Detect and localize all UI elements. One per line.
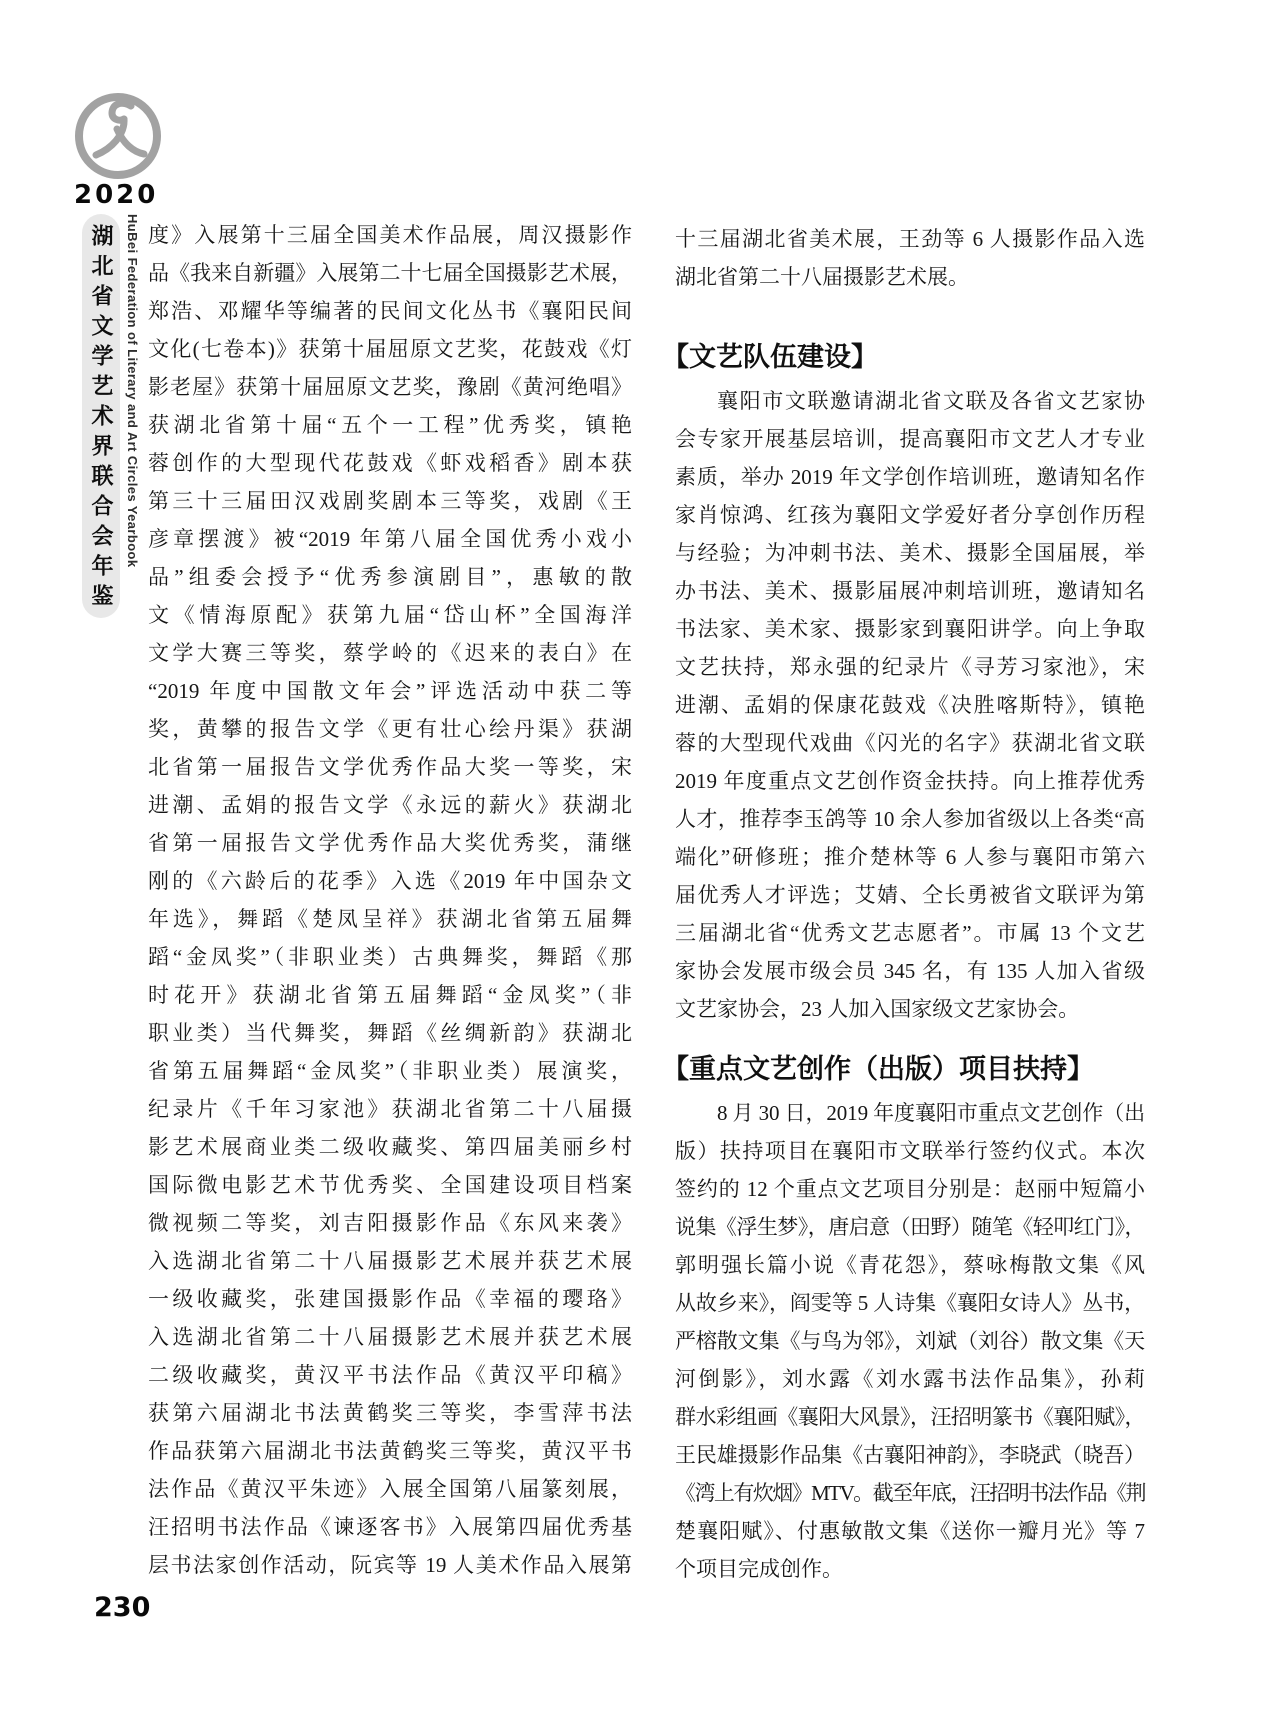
text-line: 文艺扶持，郑永强的纪录片《寻芳习家池》，宋 [675, 648, 1145, 686]
text-line: 郭明强长篇小说《青花怨》，蔡咏梅散文集《风 [675, 1246, 1145, 1284]
sidebar-title-cn: 湖北省文学艺术界联合会年鉴 [82, 224, 120, 624]
text-line: 影艺术展商业类二级收藏奖、第四届美丽乡村 [148, 1128, 632, 1166]
text-line: 入选湖北省第二十八届摄影艺术展并获艺术展 [148, 1318, 632, 1356]
text-line: 人才，推荐李玉鸽等 10 余人参加省级以上各类“高 [675, 800, 1145, 838]
text-line: 省第一届报告文学优秀作品大奖优秀奖，蒲继 [148, 824, 632, 862]
text-line: 8 月 30 日，2019 年度襄阳市重点文艺创作（出 [675, 1094, 1145, 1132]
text-line: 时花开》获湖北省第五届舞蹈“金凤奖”（非 [148, 976, 632, 1014]
text-line: 素质，举办 2019 年文学创作培训班，邀请知名作 [675, 458, 1145, 496]
text-line: 2019 年度重点文艺创作资金扶持。向上推荐优秀 [675, 762, 1145, 800]
text-line: 湖北省第二十八届摄影艺术展。 [675, 258, 1145, 296]
text-line: 与经验；为冲刺书法、美术、摄影全国届展，举 [675, 534, 1145, 572]
text-line: 河倒影》，刘水露《刘水露书法作品集》，孙莉 [675, 1360, 1145, 1398]
text-line: 说集《浮生梦》，唐启意（田野）随笔《轻叩红门》， [675, 1208, 1145, 1246]
text-line: 十三届湖北省美术展，王劲等 6 人摄影作品入选 [675, 220, 1145, 258]
text-line: 彦章摆渡》被“2019 年第八届全国优秀小戏小 [148, 520, 632, 558]
text-line: 法作品《黄汉平朱迹》入展全国第八届篆刻展， [148, 1470, 632, 1508]
text-line: 蹈“金凤奖”（非职业类）古典舞奖，舞蹈《那 [148, 938, 632, 976]
text-line: 郑浩、邓耀华等编著的民间文化丛书《襄阳民间 [148, 292, 632, 330]
text-line: 度》入展第十三届全国美术作品展，周汉摄影作 [148, 216, 632, 254]
text-line: 书法家、美术家、摄影家到襄阳讲学。向上争取 [675, 610, 1145, 648]
text-line: 文艺家协会，23 人加入国家级文艺家协会。 [675, 990, 1145, 1028]
text-line: 蓉的大型现代戏曲《闪光的名字》获湖北省文联 [675, 724, 1145, 762]
text-line: 家协会发展市级会员 345 名，有 135 人加入省级 [675, 952, 1145, 990]
text-line: 文学大赛三等奖，蔡学岭的《迟来的表白》在 [148, 634, 632, 672]
text-line: 签约的 12 个重点文艺项目分别是：赵丽中短篇小 [675, 1170, 1145, 1208]
text-line: 楚襄阳赋》、付惠敏散文集《送你一瓣月光》等 7 [675, 1512, 1145, 1550]
text-line: 群水彩组画《襄阳大风景》，汪招明篆书《襄阳赋》， [675, 1398, 1145, 1436]
text-line: 一级收藏奖，张建国摄影作品《幸福的璎珞》 [148, 1280, 632, 1318]
text-line: 获湖北省第十届“五个一工程”优秀奖，镇艳 [148, 406, 632, 444]
text-line: 层书法家创作活动，阮宾等 19 人美术作品入展第 [148, 1546, 632, 1584]
text-line: 职业类）当代舞奖，舞蹈《丝绸新韵》获湖北 [148, 1014, 632, 1052]
text-line: 省第五届舞蹈“金凤奖”（非职业类）展演奖， [148, 1052, 632, 1090]
text-line: 个项目完成创作。 [675, 1550, 1145, 1588]
text-line: 汪招明书法作品《谏逐客书》入展第四届优秀基 [148, 1508, 632, 1546]
text-line: 进潮、孟娟的报告文学《永远的薪火》获湖北 [148, 786, 632, 824]
text-line: 微视频二等奖，刘吉阳摄影作品《东风来袭》 [148, 1204, 632, 1242]
text-line: 品《我来自新疆》入展第二十七届全国摄影艺术展， [148, 254, 632, 292]
edition-year: 2020 [74, 180, 158, 210]
text-line: 二级收藏奖，黄汉平书法作品《黄汉平印稿》 [148, 1356, 632, 1394]
section-heading-art-troops: 【文艺队伍建设】 [662, 340, 878, 374]
yearbook-page: 2020 湖北省文学艺术界联合会年鉴 HuBei Federation of L… [0, 0, 1276, 1719]
section1-paragraph: 襄阳市文联邀请湖北省文联及各省文艺家协会专家开展基层培训，提高襄阳市文艺人才专业… [675, 382, 1145, 1028]
text-line: 家肖惊鸿、红孩为襄阳文学爱好者分享创作历程 [675, 496, 1145, 534]
text-line: 文化(七卷本)》获第十届屈原文艺奖，花鼓戏《灯 [148, 330, 632, 368]
text-line: “2019 年度中国散文年会”评选活动中获二等 [148, 672, 632, 710]
text-line: 入选湖北省第二十八届摄影艺术展并获艺术展 [148, 1242, 632, 1280]
text-line: 王民雄摄影作品集《古襄阳神韵》，李晓武（晓吾） [675, 1436, 1145, 1474]
text-line: 届优秀人才评选；艾婧、仝长勇被省文联评为第 [675, 876, 1145, 914]
text-line: 襄阳市文联邀请湖北省文联及各省文艺家协 [675, 382, 1145, 420]
text-line: 第三十三届田汉戏剧奖剧本三等奖，戏剧《王 [148, 482, 632, 520]
text-line: 获第六届湖北书法黄鹤奖三等奖，李雪萍书法 [148, 1394, 632, 1432]
page-number: 230 [94, 1592, 150, 1623]
text-line: 三届湖北省“优秀文艺志愿者”。市属 13 个文艺 [675, 914, 1145, 952]
left-column: 度》入展第十三届全国美术作品展，周汉摄影作品《我来自新疆》入展第二十七届全国摄影… [148, 216, 632, 1584]
text-line: 纪录片《千年习家池》获湖北省第二十八届摄 [148, 1090, 632, 1128]
text-line: 作品获第六届湖北书法黄鹤奖三等奖，黄汉平书 [148, 1432, 632, 1470]
text-line: 奖，黄攀的报告文学《更有壮心绘丹渠》获湖 [148, 710, 632, 748]
text-line: 刚的《六龄后的花季》入选《2019 年中国杂文 [148, 862, 632, 900]
text-line: 蓉创作的大型现代花鼓戏《虾戏稻香》剧本获 [148, 444, 632, 482]
federation-emblem-icon [73, 91, 163, 181]
section-heading-key-projects: 【重点文艺创作（出版）项目扶持】 [662, 1052, 1094, 1086]
text-line: 会专家开展基层培训，提高襄阳市文艺人才专业 [675, 420, 1145, 458]
text-line: 文《情海原配》获第九届“岱山杯”全国海洋 [148, 596, 632, 634]
text-line: 端化”研修班；推介楚林等 6 人参与襄阳市第六 [675, 838, 1145, 876]
text-line: 进潮、孟娟的保康花鼓戏《决胜喀斯特》，镇艳 [675, 686, 1145, 724]
text-line: 版）扶持项目在襄阳市文联举行签约仪式。本次 [675, 1132, 1145, 1170]
text-line: 年选》，舞蹈《楚凤呈祥》获湖北省第五届舞 [148, 900, 632, 938]
text-line: 从故乡来》，阎雯等 5 人诗集《襄阳女诗人》丛书， [675, 1284, 1145, 1322]
text-line: 北省第一届报告文学优秀作品大奖一等奖，宋 [148, 748, 632, 786]
right-column-intro: 十三届湖北省美术展，王劲等 6 人摄影作品入选湖北省第二十八届摄影艺术展。 [675, 220, 1145, 296]
text-line: 《湾上有炊烟》MTV。截至年底，汪招明书法作品《荆 [675, 1474, 1145, 1512]
section2-paragraph: 8 月 30 日，2019 年度襄阳市重点文艺创作（出版）扶持项目在襄阳市文联举… [675, 1094, 1145, 1588]
text-line: 影老屋》获第十届屈原文艺奖，豫剧《黄河绝唱》 [148, 368, 632, 406]
text-line: 办书法、美术、摄影届展冲刺培训班，邀请知名 [675, 572, 1145, 610]
text-line: 品”组委会授予“优秀参演剧目”，惠敏的散 [148, 558, 632, 596]
sidebar-title-en: HuBei Federation of Literary and Art Cir… [121, 214, 143, 654]
text-line: 严榕散文集《与鸟为邻》，刘斌（刘谷）散文集《天 [675, 1322, 1145, 1360]
text-line: 国际微电影艺术节优秀奖、全国建设项目档案 [148, 1166, 632, 1204]
